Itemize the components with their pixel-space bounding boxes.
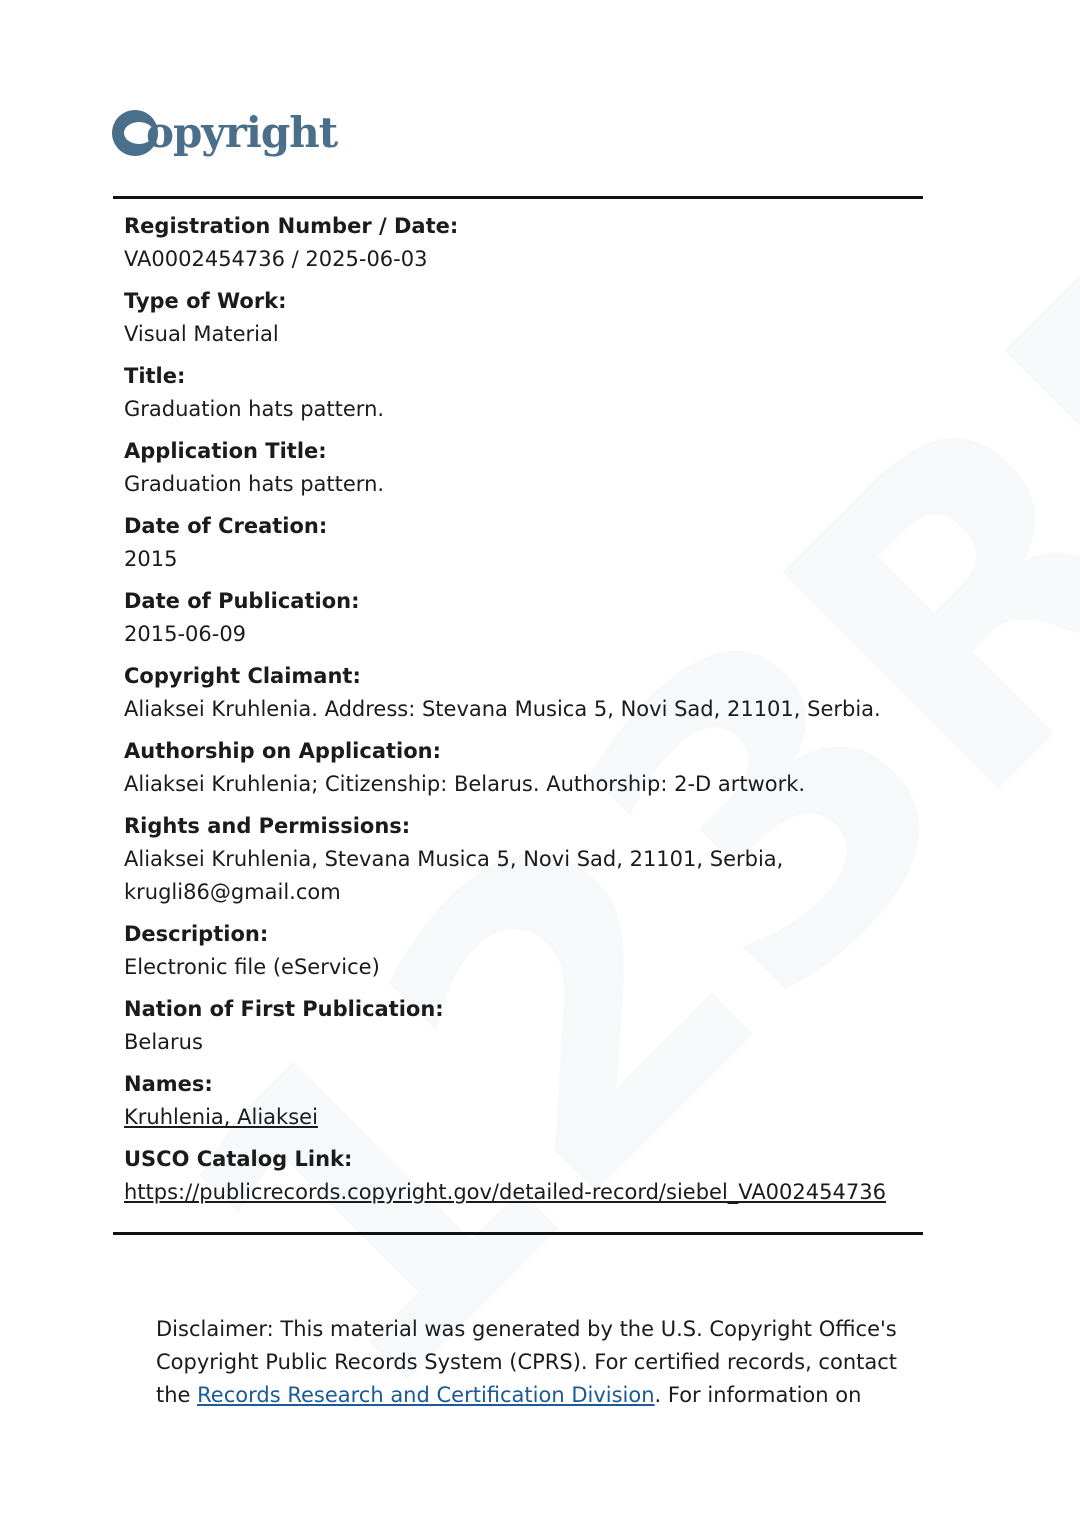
field-names: Names: Kruhlenia, Aliaksei	[124, 1068, 924, 1134]
field-type-of-work: Type of Work: Visual Material	[124, 285, 924, 351]
logo-text: opyright	[146, 108, 337, 157]
records-division-link[interactable]: Records Research and Certification Divis…	[197, 1383, 654, 1407]
field-label: Authorship on Application:	[124, 735, 924, 768]
field-usco-catalog-link: USCO Catalog Link: https://publicrecords…	[124, 1143, 924, 1209]
field-label: Application Title:	[124, 435, 924, 468]
field-label: Title:	[124, 360, 924, 393]
top-divider	[113, 196, 923, 199]
field-value: Electronic file (eService)	[124, 951, 924, 984]
field-nation-of-first-publication: Nation of First Publication: Belarus	[124, 993, 924, 1059]
field-authorship: Authorship on Application: Aliaksei Kruh…	[124, 735, 924, 801]
field-label: Description:	[124, 918, 924, 951]
field-label: Registration Number / Date:	[124, 210, 924, 243]
field-value: Aliaksei Kruhlenia; Citizenship: Belarus…	[124, 768, 924, 801]
field-value: Visual Material	[124, 318, 924, 351]
field-title: Title: Graduation hats pattern.	[124, 360, 924, 426]
disclaimer: Disclaimer: This material was generated …	[156, 1313, 936, 1412]
field-value: Graduation hats pattern.	[124, 393, 924, 426]
bottom-divider	[113, 1232, 923, 1235]
field-value: 2015	[124, 543, 924, 576]
field-rights-and-permissions: Rights and Permissions: Aliaksei Kruhlen…	[124, 810, 924, 909]
field-registration: Registration Number / Date: VA0002454736…	[124, 210, 924, 276]
field-copyright-claimant: Copyright Claimant: Aliaksei Kruhlenia. …	[124, 660, 924, 726]
field-label: USCO Catalog Link:	[124, 1143, 924, 1176]
name-link[interactable]: Kruhlenia, Aliaksei	[124, 1105, 318, 1129]
record-details: Registration Number / Date: VA0002454736…	[124, 210, 924, 1218]
field-value: VA0002454736 / 2025-06-03	[124, 243, 924, 276]
field-label: Date of Creation:	[124, 510, 924, 543]
field-value: Aliaksei Kruhlenia, Stevana Musica 5, No…	[124, 843, 924, 876]
field-value: Aliaksei Kruhlenia. Address: Stevana Mus…	[124, 693, 924, 726]
catalog-link[interactable]: https://publicrecords.copyright.gov/deta…	[124, 1180, 886, 1204]
field-label: Type of Work:	[124, 285, 924, 318]
disclaimer-text-after: . For information on	[655, 1383, 862, 1407]
field-application-title: Application Title: Graduation hats patte…	[124, 435, 924, 501]
field-label: Date of Publication:	[124, 585, 924, 618]
field-date-of-creation: Date of Creation: 2015	[124, 510, 924, 576]
copyright-logo: opyright	[112, 108, 337, 157]
field-value-email: krugli86@gmail.com	[124, 876, 924, 909]
field-label: Rights and Permissions:	[124, 810, 924, 843]
field-value: Belarus	[124, 1026, 924, 1059]
field-value: Graduation hats pattern.	[124, 468, 924, 501]
field-label: Nation of First Publication:	[124, 993, 924, 1026]
field-label: Names:	[124, 1068, 924, 1101]
field-date-of-publication: Date of Publication: 2015-06-09	[124, 585, 924, 651]
field-description: Description: Electronic file (eService)	[124, 918, 924, 984]
field-label: Copyright Claimant:	[124, 660, 924, 693]
field-value: 2015-06-09	[124, 618, 924, 651]
